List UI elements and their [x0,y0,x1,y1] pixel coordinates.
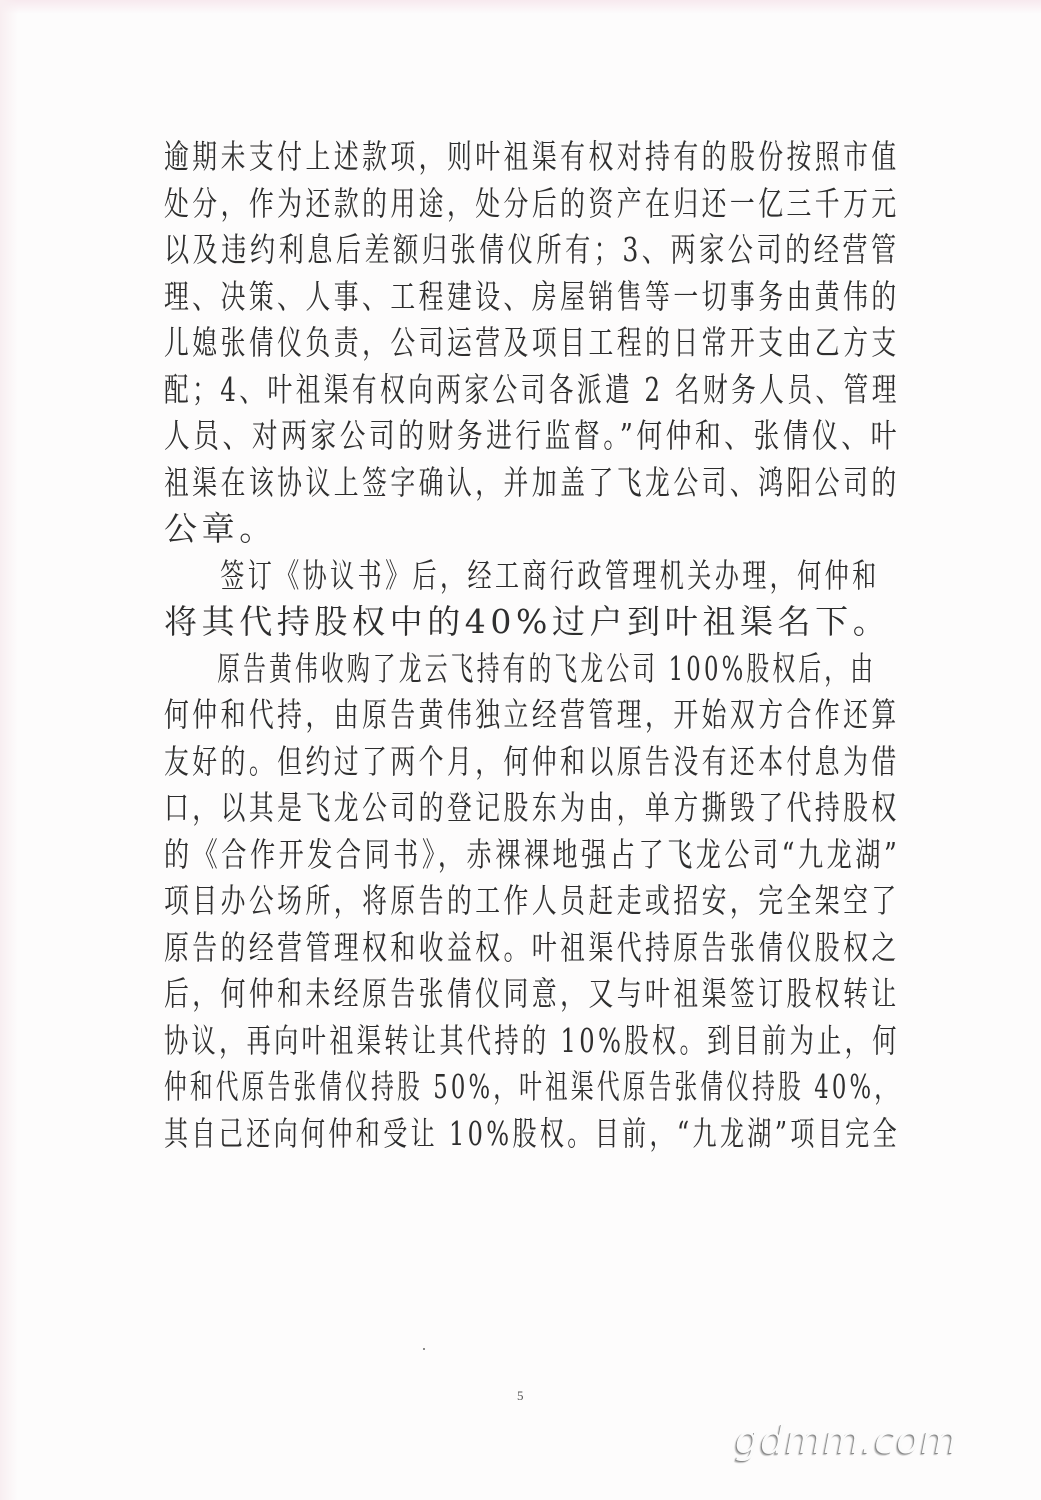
text-line: 后，何仲和未经原告张倩仪同意，又与叶祖渠签订股权转让 [164,971,718,1018]
text-line: 口，以其是飞龙公司的登记股东为由，单方撕毁了代持股权 [164,785,718,832]
scan-edge-tint [0,0,1041,14]
text-line: 逾期未支付上述款项，则叶祖渠有权对持有的股份按照市值 [164,134,718,181]
text-line: 原告的经营管理权和收益权。叶祖渠代持原告张倩仪股权之 [164,925,718,972]
watermark-logo: gdmm.com [735,1418,959,1462]
scan-edge-tint-left [0,0,18,1500]
text-line: 何仲和代持，由原告黄伟独立经营管理，开始双方合作还算 [164,692,718,739]
text-line: 公章。 [164,506,900,553]
text-line: 配；4、叶祖渠有权向两家公司各派遣 2 名财务人员、管理 [164,367,715,414]
text-line: 以及违约利息后差额归张倩仪所有；3、两家公司的经营管 [164,227,725,274]
text-line: 的《合作开发合同书》，赤裸裸地强占了飞龙公司“九龙湖” [164,832,725,879]
text-line: 理、决策、人事、工程建设、房屋销售等一切事务由黄伟的 [164,274,718,321]
page-number: 5 [517,1388,524,1404]
text-line: 友好的。但约过了两个月，何仲和以原告没有还本付息为借 [164,739,718,786]
text-line: 将其代持股权中的40%过户到叶祖渠名下。 [164,599,900,646]
document-body: 逾期未支付上述款项，则叶祖渠有权对持有的股份按照市值 处分，作为还款的用途，处分… [164,134,900,1157]
text-line: 人员、对两家公司的财务进行监督。”何仲和、张倩仪、叶 [164,413,737,460]
text-line: 项目办公场所，将原告的工作人员赶走或招安，完全架空了 [164,878,718,925]
text-line: 仲和代原告张倩仪持股 50%，叶祖渠代原告张倩仪持股 40%， [164,1064,671,1111]
scan-speck [423,1348,425,1350]
paragraph-start-line: 原告黄伟收购了龙云飞持有的飞龙公司 100%股权后，由 [164,646,672,693]
text-line: 处分，作为还款的用途，处分后的资产在归还一亿三千万元 [164,181,718,228]
text-line: 祖渠在该协议上签字确认，并加盖了飞龙公司、鸿阳公司的 [164,460,718,507]
paragraph-start-line: 签订《协议书》后，经工商行政管理机关办理，何仲和 [164,553,702,600]
text-line: 儿媳张倩仪负责，公司运营及项目工程的日常开支由乙方支 [164,320,718,367]
text-line: 协议，再向叶祖渠转让其代持的 10%股权。到目前为止，何 [164,1018,703,1065]
text-line: 其自己还向何仲和受让 10%股权。目前，“九龙湖”项目完全 [164,1111,700,1158]
